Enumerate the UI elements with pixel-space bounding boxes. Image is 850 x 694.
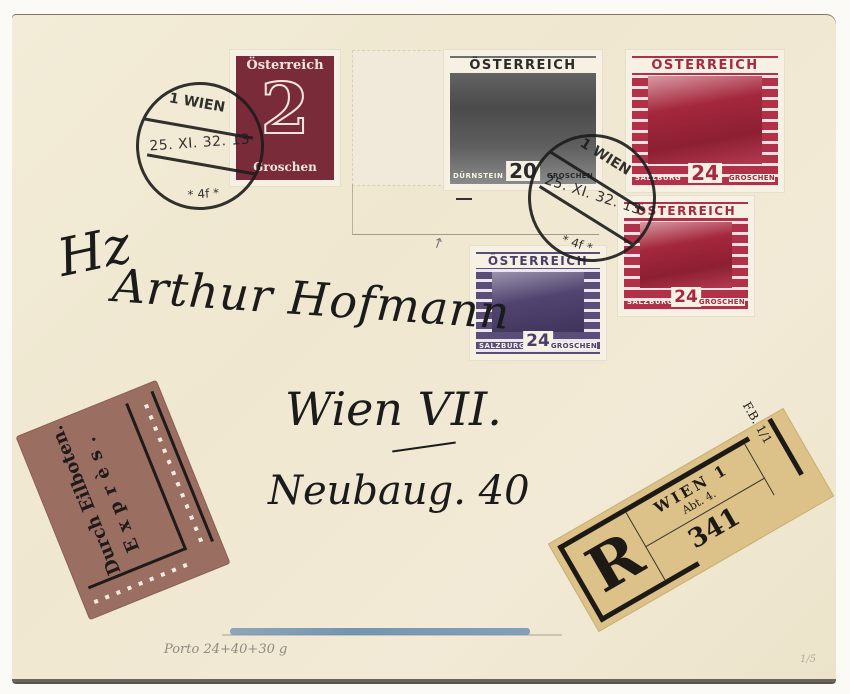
- stamp-picture: [648, 76, 762, 164]
- blue-crayon-stroke: [230, 628, 530, 635]
- stamp-value: 24: [688, 163, 722, 183]
- pencil-note: Porto 24+40+30 g: [164, 642, 287, 657]
- postmark-bar: [147, 153, 256, 175]
- stamp-currency: GROSCHEN: [551, 342, 597, 350]
- margin-mark: [456, 198, 472, 200]
- stamp-place: DÜRNSTEIN: [453, 172, 503, 180]
- stamp-country: ÖSTERREICH: [632, 58, 778, 73]
- stamp-currency: GROSCHEN: [729, 174, 775, 182]
- corner-mark: 1/5: [800, 654, 816, 665]
- address-street: Neubaug. 40: [268, 468, 530, 514]
- stamp-currency: GROSCHEN: [699, 298, 745, 306]
- stamp-picture: [640, 222, 732, 288]
- address-city: Wien VII.: [285, 382, 502, 436]
- stamp-country: ÖSTERREICH: [450, 58, 596, 73]
- sheet-margin-tab: [352, 50, 446, 186]
- stamp-value: 24: [671, 287, 701, 307]
- stamp-place: SALZBURG: [479, 342, 525, 350]
- stamp-value: 24: [523, 331, 553, 351]
- postmark-date: 25. XI. 32. 13: [138, 131, 261, 155]
- stamp-place: SALZBURG: [627, 298, 673, 306]
